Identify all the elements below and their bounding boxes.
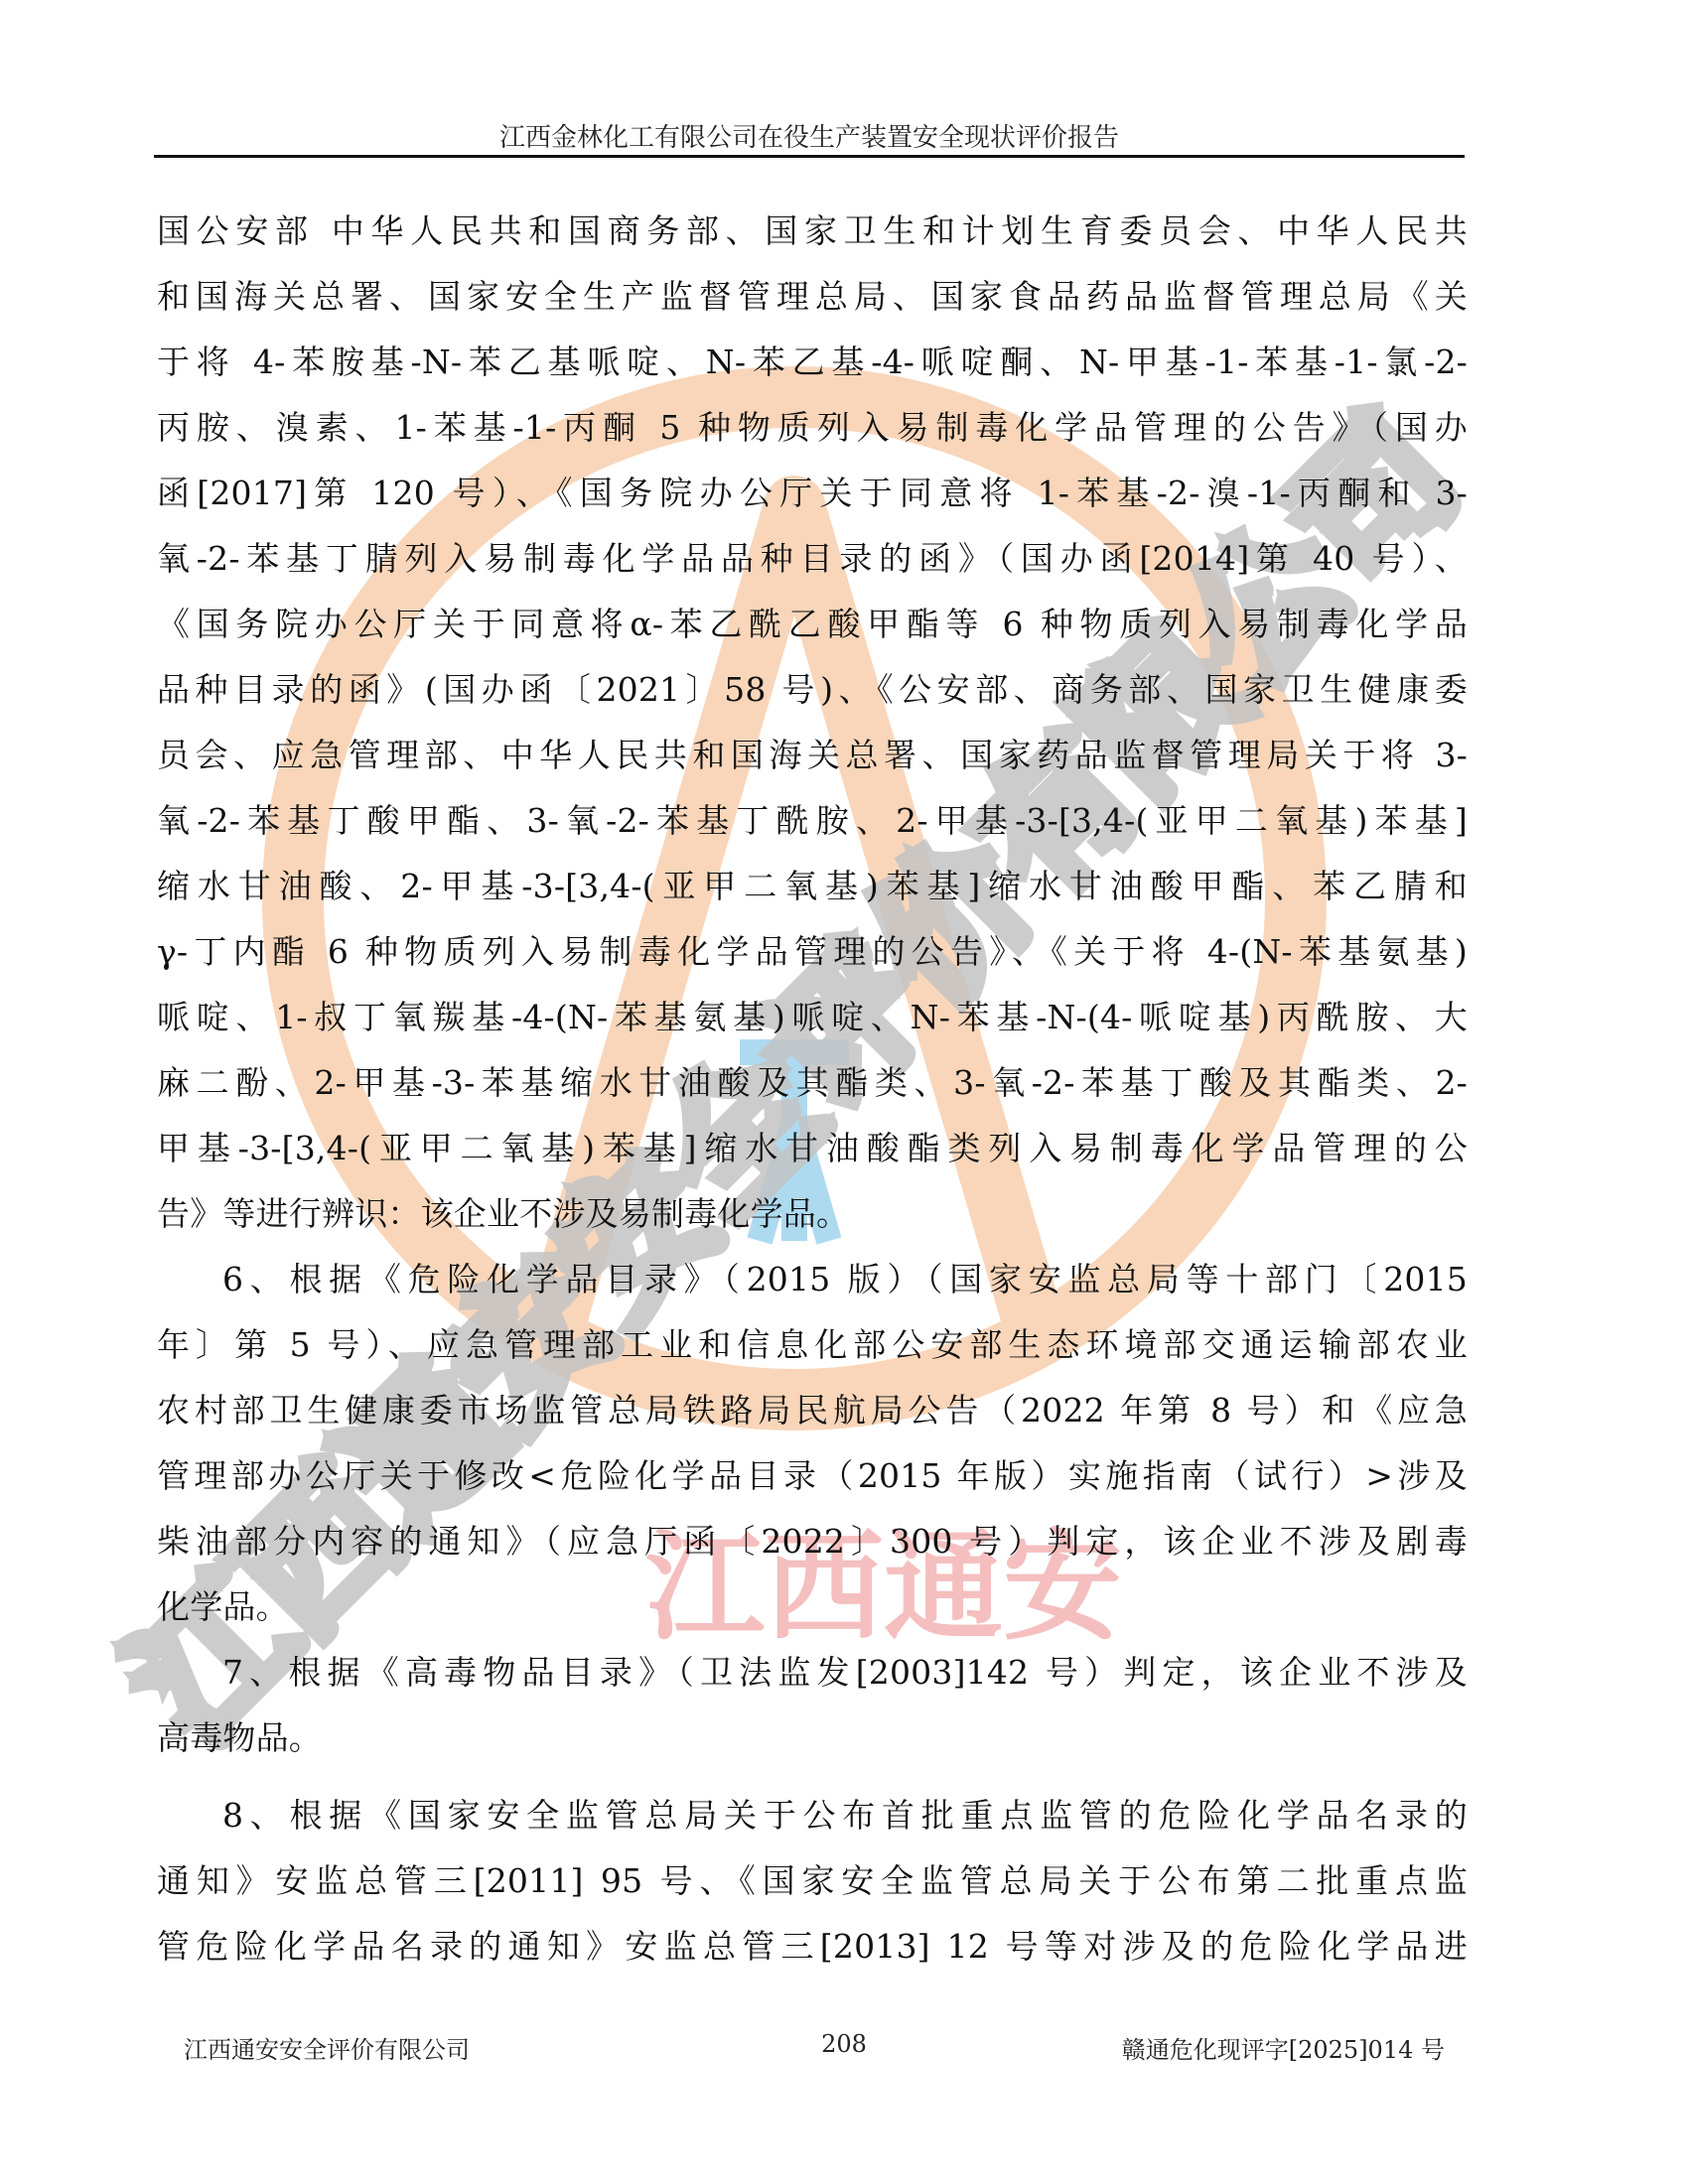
paragraph-8-start: 8、根据《国家安全监管总局关于公布首批重点监管的危险化学品名录的: [157, 1783, 1468, 1848]
body-line: 国公安部 中华人民共和国商务部、国家卫生和计划生育委员会、中华人民共: [157, 199, 1468, 264]
body-line: 于将 4-苯胺基-N-苯乙基哌啶、N-苯乙基-4-哌啶酮、N-甲基-1-苯基-1…: [157, 330, 1468, 395]
body-line: 高毒物品。: [157, 1706, 1468, 1771]
body-line: 丙胺、溴素、1-苯基-1-丙酮 5 种物质列入易制毒化学品管理的公告》（国办: [157, 395, 1468, 461]
page-header-title: 江西金林化工有限公司在役生产装置安全现状评价报告: [154, 117, 1465, 154]
body-line: 通知》安监总管三[2011] 95 号、《国家安全监管总局关于公布第二批重点监: [157, 1848, 1468, 1914]
body-line: 和国海关总署、国家安全生产监督管理总局、国家食品药品监督管理总局《关: [157, 264, 1468, 330]
paragraph-6-start: 6、根据《危险化学品目录》（2015 版）（国家安监总局等十部门〔2015: [157, 1247, 1468, 1312]
header-rule: [154, 155, 1465, 158]
body-line: 年〕第 5 号）、应急管理部工业和信息化部公安部生态环境部交通运输部农业: [157, 1312, 1468, 1378]
body-line: 柴油部分内容的通知》（应急厅函〔2022〕300 号）判定，该企业不涉及剧毒: [157, 1509, 1468, 1574]
body-line: 《国务院办公厅关于同意将α-苯乙酰乙酸甲酯等 6 种物质列入易制毒化学品: [157, 592, 1468, 657]
footer-document-number: 赣通危化现评字[2025]014 号: [1122, 2030, 1445, 2065]
body-line: γ-丁内酯 6 种物质列入易制毒化学品管理的公告》、《关于将 4-(N-苯基氨基…: [157, 919, 1468, 985]
body-line: 缩水甘油酸、2-甲基-3-[3,4-(亚甲二氧基)苯基]缩水甘油酸甲酯、苯乙腈和: [157, 854, 1468, 919]
body-line: 化学品。: [157, 1574, 1468, 1640]
body-line: 管危险化学品名录的通知》安监总管三[2013] 12 号等对涉及的危险化学品进: [157, 1914, 1468, 1979]
paragraph-gap: [157, 1771, 1468, 1783]
body-line: 员会、应急管理部、中华人民共和国海关总署、国家药品监督管理局关于将 3-: [157, 723, 1468, 788]
body-line: 麻二酚、2-甲基-3-苯基缩水甘油酸及其酯类、3-氧-2-苯基丁酸及其酯类、2-: [157, 1050, 1468, 1116]
body-line: 农村部卫生健康委市场监管总局铁路局民航局公告（2022 年第 8 号）和《应急: [157, 1378, 1468, 1443]
body-line: 哌啶、1-叔丁氧羰基-4-(N-苯基氨基)哌啶、N-苯基-N-(4-哌啶基)丙酰…: [157, 985, 1468, 1050]
body-line: 氧-2-苯基丁腈列入易制毒化学品品种目录的函》（国办函[2014]第 40 号）…: [157, 526, 1468, 592]
body-line: 甲基-3-[3,4-(亚甲二氧基)苯基]缩水甘油酸酯类列入易制毒化学品管理的公: [157, 1116, 1468, 1181]
body-line: 品种目录的函》(国办函〔2021〕58 号)、《公安部、商务部、国家卫生健康委: [157, 657, 1468, 723]
body-line: 氧-2-苯基丁酸甲酯、3-氧-2-苯基丁酰胺、2-甲基-3-[3,4-(亚甲二氧…: [157, 788, 1468, 854]
body-line: 管理部办公厅关于修改<危险化学品目录（2015 年版）实施指南（试行）>涉及: [157, 1443, 1468, 1509]
body-line: 函[2017]第 120 号）、《国务院办公厅关于同意将 1-苯基-2-溴-1-…: [157, 461, 1468, 526]
paragraph-7-start: 7、根据《高毒物品目录》（卫法监发[2003]142 号）判定，该企业不涉及: [157, 1640, 1468, 1706]
body-line: 告》等进行辨识：该企业不涉及易制毒化学品。: [157, 1181, 1468, 1247]
document-body: 国公安部 中华人民共和国商务部、国家卫生和计划生育委员会、中华人民共 和国海关总…: [157, 199, 1468, 1979]
